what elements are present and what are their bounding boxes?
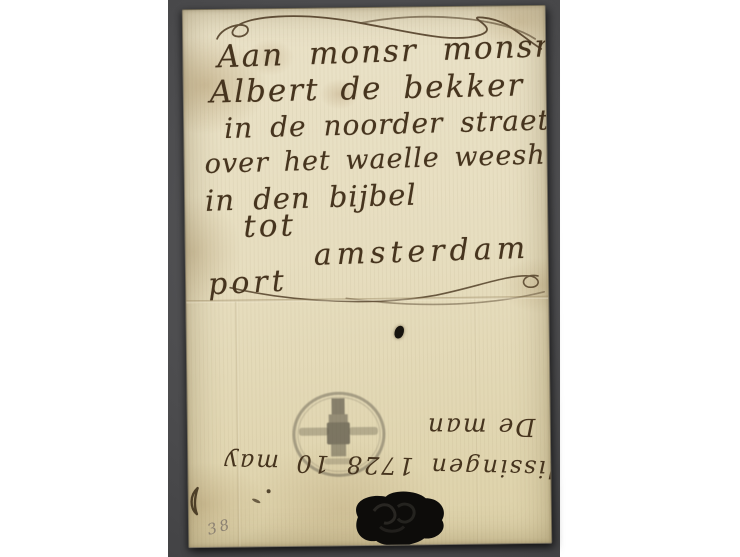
ink-speck [252, 498, 261, 504]
address-line: in de noorder straet [224, 103, 550, 145]
ink-mark-icon [188, 486, 200, 516]
paper-hole [393, 325, 404, 340]
bottom-ink-flourish-icon [226, 262, 549, 314]
letter-photo: Aan monsr monsr Albert de bekker in de n… [168, 0, 560, 557]
address-line: tot [243, 207, 297, 245]
wax-seal-icon [334, 488, 455, 548]
address-line: Albert de bekker [209, 67, 524, 110]
catalog-page: Aan monsr monsr Albert de bekker in de n… [0, 0, 740, 557]
address-line: over het waelle weeshuis [204, 138, 552, 180]
fold-crease-vertical [235, 302, 240, 547]
ink-speck [267, 489, 271, 493]
origin-date-endorsement: Vlissingen 1728 10 may [222, 448, 552, 484]
pencil-annotation: 38 [205, 515, 234, 539]
sender-endorsement: De man [426, 412, 536, 442]
address-line: in den bijbel [205, 178, 418, 218]
letter-paper: Aan monsr monsr Albert de bekker in de n… [182, 5, 553, 548]
